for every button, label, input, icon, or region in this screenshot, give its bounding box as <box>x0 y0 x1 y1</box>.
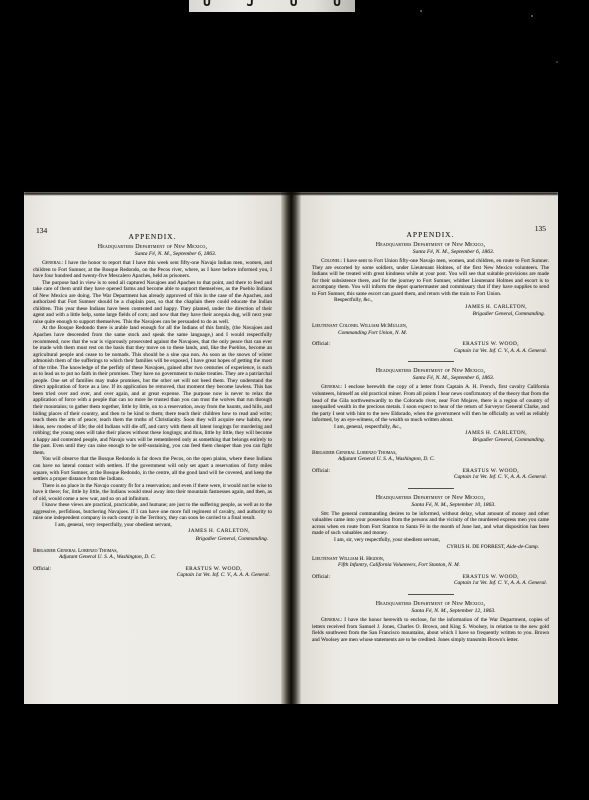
official-title: Captain 1st Vet. Inf. C. V., A. A. A. Ge… <box>312 580 549 587</box>
page-number: 134 <box>36 226 47 235</box>
official-attestation: Official: ERASTUS W. WOOD, Captain 1st V… <box>312 341 549 354</box>
official-title: Captain 1st Vet. Inf. C. V., A. A. A. Ge… <box>312 348 549 355</box>
letter-carleton-fort-union: Headquarters Department of New Mexico, S… <box>312 242 549 354</box>
letter-dateline: Headquarters Department of New Mexico, S… <box>33 244 272 258</box>
letter-paragraph: General: I have the honor herewith to en… <box>312 617 549 643</box>
letter-paragraph: At the Bosque Redondo there is arable la… <box>33 325 272 456</box>
dateline-date: Santa Fé, N. M., September 10, 1863. <box>312 502 549 509</box>
letter-dateline: Headquarters Department of New Mexico, S… <box>312 242 549 256</box>
letter-dateline: Headquarters Department of New Mexico, S… <box>312 368 549 382</box>
letter-carleton-gold-region: Headquarters Department of New Mexico, S… <box>312 368 549 480</box>
salutation: Colonel: <box>321 258 342 264</box>
salutation: Sir: <box>321 511 329 517</box>
section-divider <box>408 361 454 362</box>
official-attestation: Official: ERASTUS W. WOOD, Captain 1st V… <box>312 468 549 481</box>
salutation: General: <box>42 260 63 266</box>
letter-carleton-navajo-report: Headquarters Department of New Mexico, S… <box>33 244 272 579</box>
paragraph-text: I enclose herewith the copy of a letter … <box>312 384 549 423</box>
addressee-block: Lieutenant William H. Higdon, Fifth Infa… <box>312 556 549 569</box>
dateline-place: Headquarters Department of New Mexico, <box>33 244 272 251</box>
official-name: ERASTUS W. WOOD, <box>463 341 519 348</box>
addressee-title: Adjutant General U. S. A., Washington, D… <box>312 456 549 463</box>
official-title: Captain 1st Vet. Inf. C. V., A. A. A. Ge… <box>33 572 272 579</box>
signature-name: JAMES H. CARLETON, <box>312 304 549 311</box>
letter-paragraph: The purpose had in view is to send all c… <box>33 280 272 326</box>
official-label: Official: <box>312 574 330 581</box>
section-divider <box>408 488 454 489</box>
letter-paragraph: I know these views are practical, practi… <box>33 502 272 522</box>
letter-paragraph: Colonel: I have sent to Fort Union fifty… <box>312 258 549 297</box>
signature-name: CYRUS H. DE FORREST, <box>447 544 506 550</box>
paragraph-text: The general commanding desires to be inf… <box>312 511 549 537</box>
section-divider <box>408 594 454 595</box>
official-label: Official: <box>312 341 330 348</box>
signature-title: Brigadier General, Commanding. <box>312 311 549 318</box>
official-label: Official: <box>312 468 330 475</box>
film-frame-digit: U <box>333 0 341 12</box>
addressee-title: Adjutant General U. S. A., Washington, D… <box>33 554 272 561</box>
letter-paragraph: You will observe that the Bosque Redondo… <box>33 456 272 482</box>
dust-speck <box>556 61 558 63</box>
dust-speck <box>420 10 422 12</box>
running-head: APPENDIX. 135 <box>312 224 549 236</box>
official-attestation: Official: ERASTUS W. WOOD, Captain 1st V… <box>312 574 549 587</box>
dateline-date: Santa Fé, N. M., September 6, 1863. <box>312 375 549 382</box>
film-frame-digit: U <box>203 0 211 12</box>
dateline-place: Headquarters Department of New Mexico, <box>312 495 549 502</box>
salutation: General: <box>321 617 342 623</box>
dateline-date: Santa Fé, N. M., September 12, 1863. <box>312 608 549 615</box>
paragraph-text: I have sent to Fort Union fifty-one Nava… <box>312 258 549 297</box>
running-head-title: APPENDIX. <box>407 230 455 239</box>
signature-title: Aide-de-Camp. <box>507 544 540 550</box>
official-title: Captain 1st Vet. Inf. C. V., A. A. A. Ge… <box>312 474 549 481</box>
film-frame-number-strip: U J U U <box>189 0 355 12</box>
letter-paragraph: Sir: The general commanding desires to b… <box>312 511 549 537</box>
letter-dateline: Headquarters Department of New Mexico, S… <box>312 601 549 615</box>
addressee-title: Commanding Fort Union, N. M. <box>312 330 549 337</box>
signature-line: CYRUS H. DE FORREST, Aide-de-Camp. <box>312 544 549 551</box>
film-frame-digit: J <box>246 0 254 12</box>
signature-title: Brigadier General, Commanding. <box>33 536 272 543</box>
paragraph-text: I have the honor herewith to enclose, fo… <box>312 617 549 643</box>
addressee-title: Fifth Infantry, California Volunteers, F… <box>312 562 549 569</box>
dust-speck <box>531 15 533 17</box>
paragraph-text: I have the honor to report that I have t… <box>33 260 272 279</box>
signature-title: Brigadier General, Commanding. <box>312 437 549 444</box>
book-spread: 134 APPENDIX. Headquarters Department of… <box>24 192 558 704</box>
signature-name: JAMES H. CARLETON, <box>33 528 272 535</box>
dateline-date: Santa Fé, N. M., September 6, 1863. <box>33 251 272 258</box>
running-head-title: APPENDIX. <box>129 232 177 241</box>
letter-carleton-enclosures: Headquarters Department of New Mexico, S… <box>312 601 549 643</box>
page-134: 134 APPENDIX. Headquarters Department of… <box>24 192 281 704</box>
addressee-block: Brigadier General Lorenzo Thomas, Adjuta… <box>312 450 549 463</box>
official-attestation: Official: ERASTUS W. WOOD, Captain 1st V… <box>33 566 272 579</box>
page-number: 135 <box>535 224 546 233</box>
dateline-date: Santa Fé, N. M., September 6, 1863. <box>312 249 549 256</box>
salutation: General: <box>321 384 342 390</box>
dateline-place: Headquarters Department of New Mexico, <box>312 601 549 608</box>
microfilm-scan-view: { "film_strip": { "marks": ["U", "J", "U… <box>0 0 589 800</box>
letter-deforrest-inquiry: Headquarters Department of New Mexico, S… <box>312 495 549 587</box>
letter-paragraph: General: I enclose herewith the copy of … <box>312 384 549 423</box>
running-head: 134 APPENDIX. <box>33 226 272 238</box>
letter-dateline: Headquarters Department of New Mexico, S… <box>312 495 549 509</box>
letter-paragraph: General: I have the honor to report that… <box>33 260 272 280</box>
film-frame-digit: U <box>290 0 298 12</box>
addressee-block: Lieutenant Colonel William McMullen, Com… <box>312 323 549 336</box>
page-135: APPENDIX. 135 Headquarters Department of… <box>301 192 558 704</box>
letter-paragraph: There is no place in the Navajo country … <box>33 483 272 503</box>
addressee-block: Brigadier General Lorenzo Thomas, Adjuta… <box>33 548 272 561</box>
dateline-place: Headquarters Department of New Mexico, <box>312 242 549 249</box>
official-label: Official: <box>33 566 51 573</box>
page-gutter-shadow <box>281 192 301 704</box>
